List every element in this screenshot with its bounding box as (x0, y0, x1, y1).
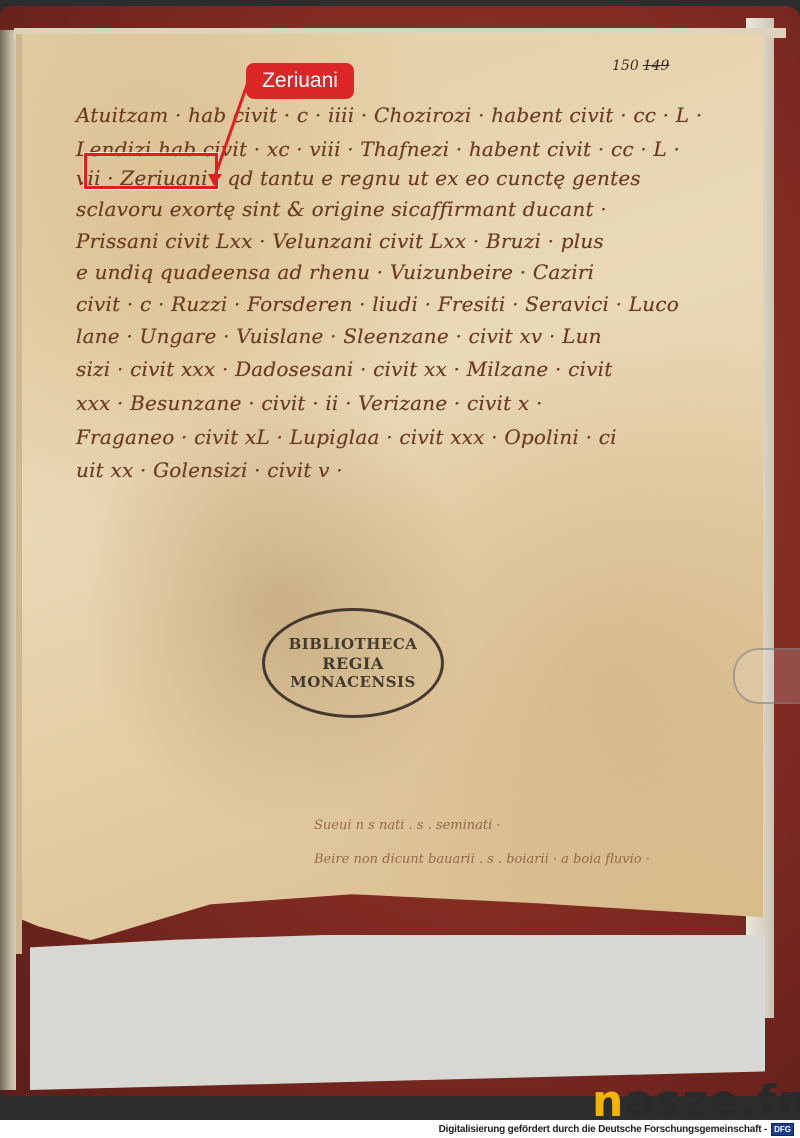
library-stamp: BIBLIOTHECA REGIA MONACENSIS (262, 608, 444, 718)
stamp-line-1: BIBLIOTHECA (289, 635, 418, 654)
footer-bar: Digitalisierung gefördert durch die Deut… (0, 1120, 800, 1138)
manuscript-line: e undiq quadeensa ad rhenu · Vuizunbeire… (76, 260, 594, 284)
manuscript-line: Prissani civit Lxx · Velunzani civit Lxx… (76, 229, 604, 253)
stamp-line-3: MONACENSIS (290, 673, 416, 692)
manuscript-line: lane · Ungare · Vuislane · Sleenzane · c… (76, 324, 602, 348)
folio-current: 150 (612, 58, 639, 74)
manuscript-line: Atuitzam · hab civit · c · iiii · Chozir… (76, 103, 702, 127)
folio-number: 150149 (612, 58, 669, 74)
marginal-note: Sueui n s nati . s . seminati · (314, 818, 501, 833)
bookmark-tab (733, 648, 800, 704)
book-spine (0, 30, 16, 1090)
manuscript-scan: 150149 Atuitzam · hab civit · c · iiii ·… (0, 0, 800, 1120)
watermark-first-letter: n (592, 1076, 624, 1120)
manuscript-line: sizi · civit xxx · Dadosesani · civit xx… (76, 357, 612, 381)
watermark-rest: asze.fm (624, 1076, 800, 1120)
footer-credit: Digitalisierung gefördert durch die Deut… (439, 1124, 767, 1135)
stamp-line-2: REGIA (322, 654, 384, 673)
manuscript-line: sclavoru exortę sint & origine sicaffirm… (76, 197, 607, 221)
manuscript-line: xxx · Besunzane · civit · ii · Verizane … (76, 391, 543, 415)
manuscript-line: uit xx · Golensizi · civit v · (76, 458, 343, 482)
annotation-label: Zeriuani (246, 63, 354, 99)
leaf-gutter (16, 34, 22, 954)
dfg-logo: DFG (771, 1123, 794, 1136)
blank-paper-sheet (30, 935, 765, 1090)
manuscript-line: civit · c · Ruzzi · Forsderen · liudi · … (76, 292, 679, 316)
highlight-box (84, 153, 218, 189)
manuscript-line: Fraganeo · civit xL · Lupiglaa · civit x… (76, 425, 617, 449)
watermark-logo: nasze.fm (592, 1080, 800, 1120)
marginal-note: Beire non dicunt bauarii . s . boiarii ·… (314, 852, 650, 867)
folio-struck: 149 (643, 58, 670, 74)
